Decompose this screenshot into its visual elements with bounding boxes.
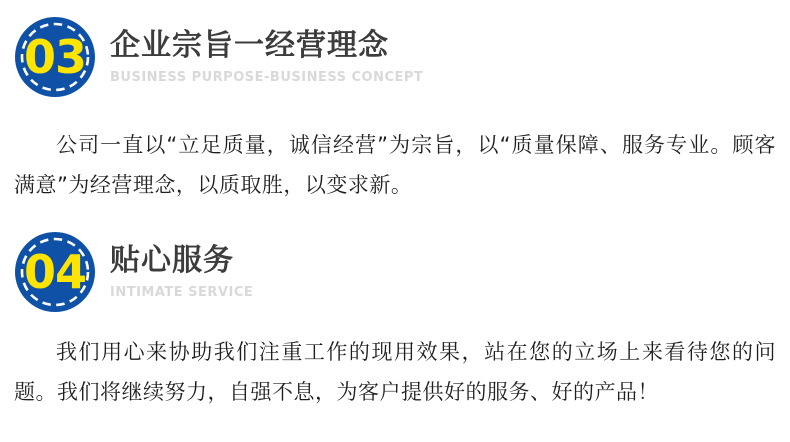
- section-number-badge: 03: [15, 17, 95, 97]
- section-subtitle: INTIMATE SERVICE: [110, 285, 253, 300]
- section-paragraph: 我们用心来协助我们注重工作的现用效果，站在您的立场上来看待您的问题。我们将继续努…: [0, 332, 790, 412]
- section-title-block: 企业宗旨一经营理念 BUSINESS PURPOSE-BUSINESS CONC…: [110, 29, 423, 85]
- section-intimate-service: 04 贴心服务 INTIMATE SERVICE 我们用心来协助我们注重工作的现…: [0, 232, 790, 412]
- section-header: 04 贴心服务 INTIMATE SERVICE: [15, 232, 790, 312]
- section-subtitle: BUSINESS PURPOSE-BUSINESS CONCEPT: [110, 70, 423, 85]
- page: 03 企业宗旨一经营理念 BUSINESS PURPOSE-BUSINESS C…: [0, 0, 790, 442]
- badge-circle-icon: 03: [15, 17, 95, 97]
- section-number: 04: [24, 245, 86, 299]
- section-title: 企业宗旨一经营理念: [110, 29, 423, 64]
- section-number-badge: 04: [15, 232, 95, 312]
- badge-circle-icon: 04: [15, 232, 95, 312]
- section-header: 03 企业宗旨一经营理念 BUSINESS PURPOSE-BUSINESS C…: [15, 17, 790, 97]
- section-title: 贴心服务: [110, 244, 253, 279]
- section-number: 03: [24, 30, 86, 84]
- section-title-block: 贴心服务 INTIMATE SERVICE: [110, 244, 253, 300]
- section-business-concept: 03 企业宗旨一经营理念 BUSINESS PURPOSE-BUSINESS C…: [0, 17, 790, 205]
- section-paragraph: 公司一直以“立足质量，诚信经营”为宗旨，以“质量保障、服务专业。顾客满意”为经营…: [0, 125, 790, 205]
